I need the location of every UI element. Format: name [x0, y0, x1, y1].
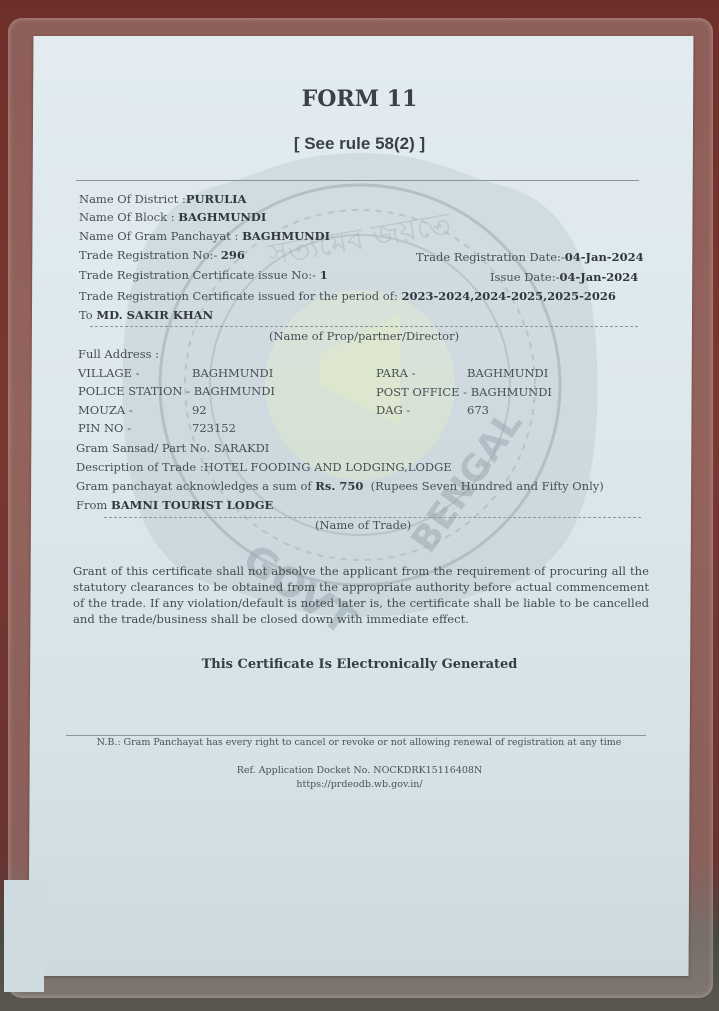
docket-reference: Ref. Application Docket No. NOCKDRK15116… [0, 765, 719, 776]
trade-name-value: BAMNI TOURIST LODGE [111, 498, 273, 512]
recipient-caption: (Name of Prop/partner/Director) [269, 329, 459, 343]
recipient-row: To MD. SAKIR KHAN [79, 308, 213, 322]
gram-panchayat-value: BAGHMUNDI [242, 229, 330, 243]
mouza-label: MOUZA - [78, 403, 133, 417]
gram-panchayat-row: Name Of Gram Panchayat : BAGHMUNDI [79, 229, 330, 243]
recipient-underline [90, 326, 638, 327]
conditions-paragraph: Grant of this certificate shall not abso… [73, 563, 649, 627]
certificate-document: FORM 11 [ See rule 58(2) ] Name Of Distr… [0, 0, 719, 1011]
dag-value: 673 [467, 403, 489, 417]
registration-number-value: 296 [221, 248, 245, 262]
village-label: VILLAGE - [78, 366, 140, 380]
period-row: Trade Registration Certificate issued fo… [79, 289, 616, 303]
trade-name-row: From BAMNI TOURIST LODGE [76, 498, 273, 512]
address-heading: Full Address : [78, 347, 159, 361]
pin-value: 723152 [192, 421, 236, 435]
issue-date-value: 04-Jan-2024 [559, 270, 638, 284]
amount-value: Rs. 750 [315, 479, 363, 493]
trade-name-caption: (Name of Trade) [315, 518, 411, 532]
registration-date-row: Trade Registration Date:-04-Jan-2024 [416, 250, 644, 264]
pin-label: PIN NO - [78, 421, 131, 435]
period-value: 2023-2024,2024-2025,2025-2026 [402, 289, 616, 303]
police-station-row: POLICE STATION - BAGHMUNDI [78, 384, 275, 398]
post-office-value: BAGHMUNDI [471, 385, 552, 399]
block-row: Name Of Block : BAGHMUNDI [79, 210, 266, 224]
issue-date-row: Issue Date:-04-Jan-2024 [490, 270, 638, 284]
portal-url[interactable]: https://prdeodb.wb.gov.in/ [0, 779, 719, 790]
district-value: PURULIA [186, 192, 247, 206]
gram-sansad-row: Gram Sansad/ Part No. SARAKDI [76, 441, 269, 455]
para-label: PARA - [376, 366, 416, 380]
trade-description-row: Description of Trade :HOTEL FOODING AND … [76, 460, 452, 474]
amount-in-words: (Rupees Seven Hundred and Fifty Only) [371, 479, 604, 493]
district-row: Name Of District :PURULIA [79, 192, 246, 206]
village-value: BAGHMUNDI [192, 366, 273, 380]
nb-note: N.B.: Gram Panchayat has every right to … [65, 737, 653, 748]
electronic-generation-note: This Certificate Is Electronically Gener… [0, 657, 719, 672]
form-title: FORM 11 [0, 86, 719, 112]
certificate-issue-number-row: Trade Registration Certificate issue No:… [79, 268, 328, 282]
footer-divider [66, 735, 646, 736]
registration-number-row: Trade Registration No:- 296 [79, 248, 245, 262]
recipient-name: MD. SAKIR KHAN [96, 308, 213, 322]
certificate-issue-number-value: 1 [320, 268, 328, 282]
registration-date-value: 04-Jan-2024 [565, 250, 644, 264]
divider [76, 180, 639, 181]
dag-label: DAG - [376, 403, 410, 417]
para-value: BAGHMUNDI [467, 366, 548, 380]
police-station-value: BAGHMUNDI [194, 384, 275, 398]
payment-acknowledgement-row: Gram panchayat acknowledges a sum of Rs.… [76, 479, 604, 493]
mouza-value: 92 [192, 403, 207, 417]
post-office-row: POST OFFICE - BAGHMUNDI [376, 385, 552, 399]
form-subtitle: [ See rule 58(2) ] [0, 134, 719, 154]
block-value: BAGHMUNDI [178, 210, 266, 224]
